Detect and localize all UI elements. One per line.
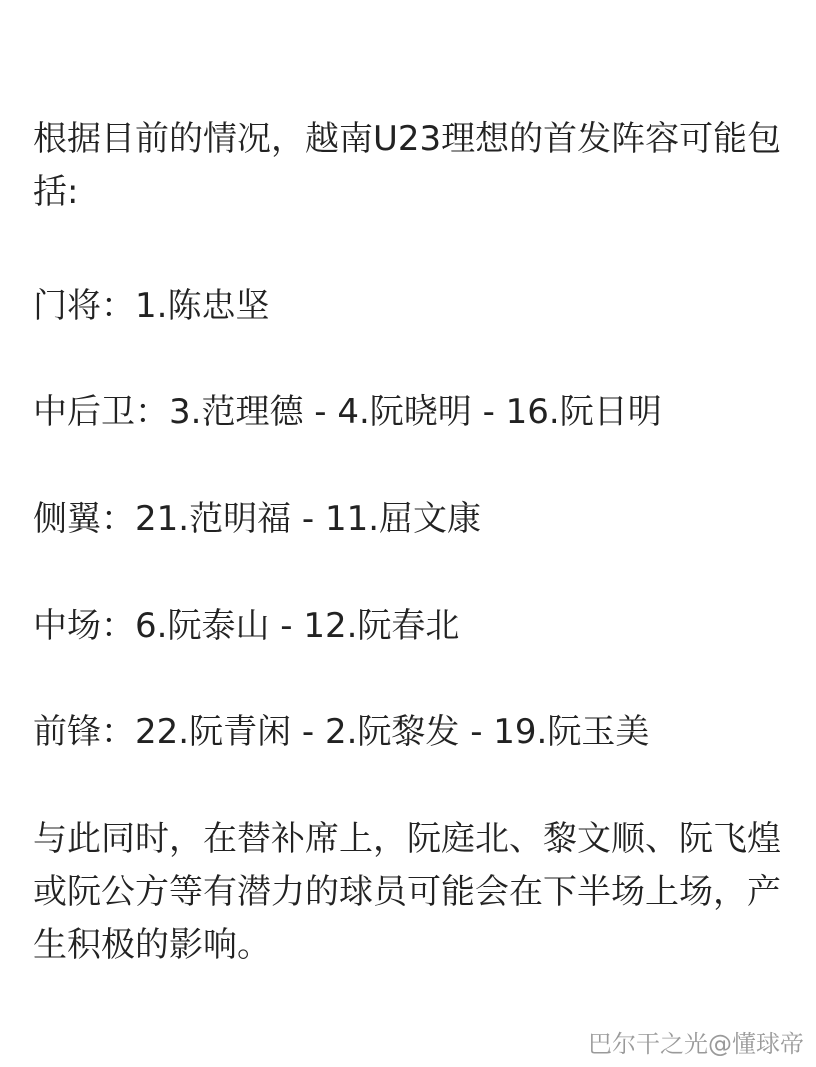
lineup-forwards: 前锋：22.阮青闲 - 2.阮黎发 - 19.阮玉美: [33, 706, 793, 759]
lineup-center-backs: 中后卫：3.范理德 - 4.阮晓明 - 16.阮日明: [33, 386, 793, 439]
lineup-midfielders: 中场：6.阮泰山 - 12.阮春北: [33, 600, 793, 653]
bench-paragraph: 与此同时，在替补席上，阮庭北、黎文顺、阮飞煌或阮公方等有潜力的球员可能会在下半场…: [33, 813, 793, 972]
watermark: 巴尔干之光@懂球帝: [588, 1024, 804, 1059]
intro-paragraph: 根据目前的情况，越南U23理想的首发阵容可能包括:: [33, 113, 793, 219]
lineup-goalkeeper: 门将：1.陈忠坚: [33, 280, 793, 333]
lineup-wingers: 侧翼：21.范明福 - 11.屈文康: [33, 493, 793, 546]
